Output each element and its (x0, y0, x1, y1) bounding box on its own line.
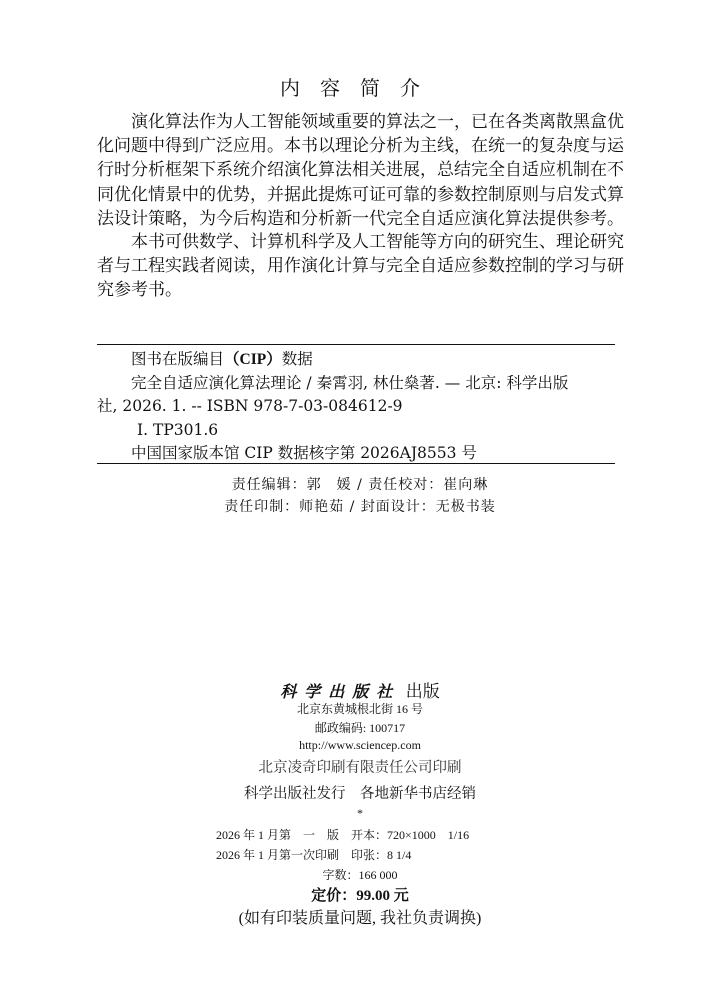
distribution-line: 科学出版社发行 各地新华书店经销 (0, 782, 720, 803)
publisher-suffix: 出版 (406, 682, 440, 702)
publisher-logo: 科学出版社 (280, 682, 400, 701)
quality-note: (如有印装质量问题, 我社负责调换) (0, 905, 720, 928)
cip-top-rule (97, 344, 615, 345)
publisher-website: http://www.sciencep.com (0, 738, 720, 753)
intro-text-2: 本书可供数学、计算机科学及人工智能等方向的研究生、理论研究者与工程实践者阅读，用… (97, 230, 624, 303)
publisher-line: 科学出版社 出版 (0, 677, 720, 702)
cip-block: 图书在版编目（CIP）数据 完全自适应演化算法理论 / 秦霄羽, 林仕燊著. —… (97, 348, 622, 466)
credits-print-line: 责任印制：师艳茹 / 封面设计：无极书装 (0, 496, 720, 518)
cip-heading-prefix: 图书在版编目 (131, 350, 224, 368)
cip-heading-suffix: 数据 (282, 350, 313, 368)
cip-heading: 图书在版编目（CIP）数据 (97, 348, 622, 372)
cip-bottom-rule (97, 463, 615, 464)
intro-text-1: 演化算法作为人工智能领域重要的算法之一，已在各类离散黑盒优化问题中得到广泛应用。… (97, 110, 624, 231)
intro-paragraph-1: 演化算法作为人工智能领域重要的算法之一，已在各类离散黑盒优化问题中得到广泛应用。… (97, 110, 624, 231)
printing-line: 2026 年 1 月第一次印刷 印张：8 1/4 (216, 846, 411, 863)
edition-line: 2026 年 1 月第 一 版 开本：720×1000 1/16 (216, 826, 469, 843)
cip-line-title: 完全自适应演化算法理论 / 秦霄羽, 林仕燊著. — 北京: 科学出版 (97, 372, 622, 396)
word-count: 字数：166 000 (0, 866, 720, 883)
printer-line: 北京凌奇印刷有限责任公司印刷 (0, 756, 720, 777)
cip-line-record: 中国国家版本馆 CIP 数据核字第 2026AJ8553 号 (97, 442, 622, 466)
intro-paragraph-2: 本书可供数学、计算机科学及人工智能等方向的研究生、理论研究者与工程实践者阅读，用… (97, 230, 624, 303)
publisher-postcode: 邮政编码: 100717 (0, 719, 720, 736)
cip-line-classification: Ⅰ. TP301.6 (97, 419, 622, 443)
separator-asterisk: * (0, 806, 720, 821)
publisher-address: 北京东黄城根北街 16 号 (0, 700, 720, 717)
page-title: 内容简介 (0, 72, 720, 101)
cip-heading-cip: （CIP） (224, 351, 282, 368)
credits-editor-line: 责任编辑：郭 媛 / 责任校对：崔向琳 (0, 474, 720, 496)
cip-line-isbn: 社, 2026. 1. -- ISBN 978-7-03-084612-9 (97, 395, 622, 419)
credits-block: 责任编辑：郭 媛 / 责任校对：崔向琳 责任印制：师艳茹 / 封面设计：无极书装 (0, 474, 720, 518)
price: 定价：99.00 元 (0, 884, 720, 905)
